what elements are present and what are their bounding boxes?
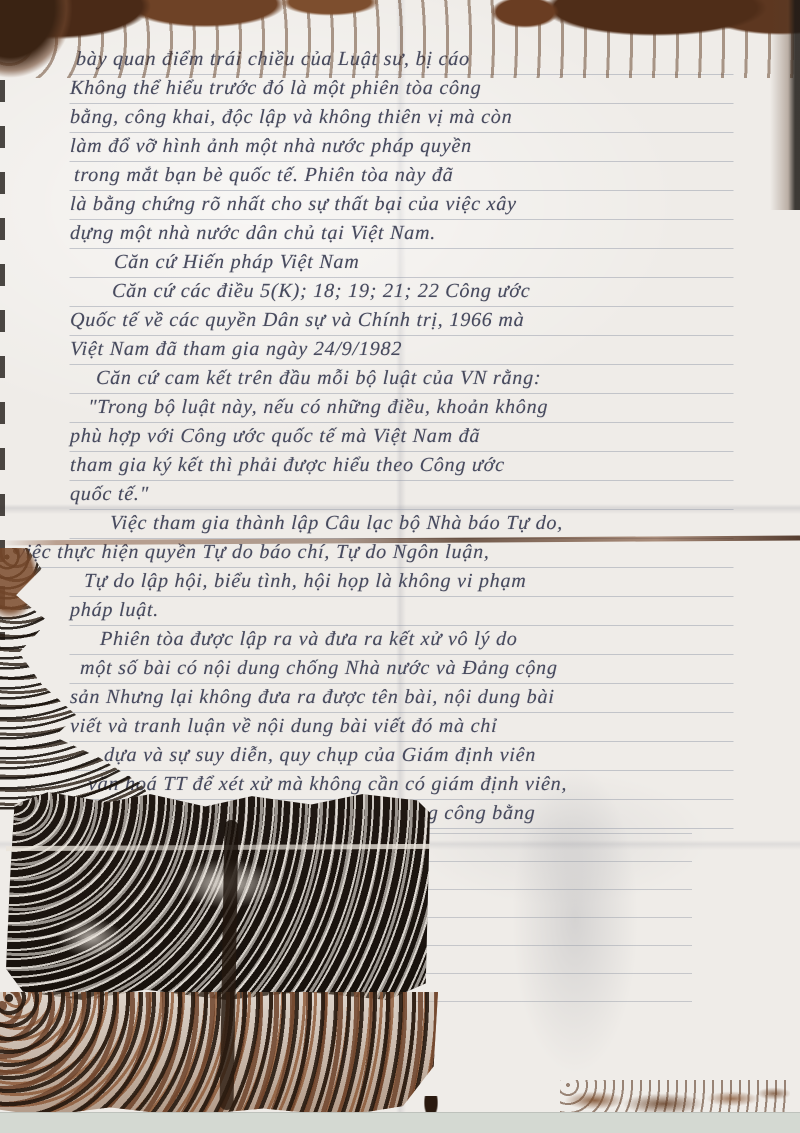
handwritten-line: Căn cứ các điều 5(K); 18; 19; 21; 22 Côn… (69, 278, 734, 307)
blank-ruled-lines (412, 806, 692, 1006)
large-dark-stain (6, 792, 430, 1000)
top-left-corner-stain (0, 0, 86, 96)
handwritten-line: bằng, công khai, độc lập và không thiên … (69, 104, 734, 133)
handwritten-line: trong mắt bạn bè quốc tế. Phiên tòa này … (69, 162, 734, 191)
handwritten-line: Tự do lập hội, biểu tình, hội họp là khô… (69, 568, 734, 597)
handwritten-line: Phiên tòa được lập ra và đưa ra kết xử v… (69, 626, 734, 655)
handwritten-line: văn hoá TT để xét xử mà không cần có giá… (69, 771, 734, 800)
handwritten-line: Việt Nam đã tham gia ngày 24/9/1982 (69, 336, 734, 365)
handwritten-line: Không thể hiểu trước đó là một phiên tòa… (69, 75, 734, 104)
top-right-edge-stain (740, 0, 800, 210)
handwritten-line: quốc tế." (69, 481, 734, 510)
handwritten-text-block: bày quan điểm trái chiều của Luật sư, bị… (70, 46, 734, 829)
handwritten-line: phù hợp với Công ước quốc tế mà Việt Nam… (69, 423, 734, 452)
handwritten-line: Căn cứ Hiến pháp Việt Nam (69, 249, 734, 278)
handwritten-line: dựa và sự suy diễn, quy chụp của Giám đị… (69, 742, 734, 771)
handwritten-line: Việc tham gia thành lập Câu lạc bộ Nhà b… (69, 510, 734, 539)
top-stain-band (0, 0, 800, 78)
handwritten-line: viết và tranh luận về nội dung bài viết … (69, 713, 734, 742)
handwritten-line: là bằng chứng rõ nhất cho sự thất bại củ… (69, 191, 734, 220)
handwritten-line: pháp luật. (69, 597, 734, 626)
handwritten-line: sản Nhưng lại không đưa ra được tên bài,… (69, 684, 734, 713)
handwritten-line: dựng một nhà nước dân chủ tại Việt Nam. (69, 220, 734, 249)
handwritten-line: Căn cứ cam kết trên đầu mỗi bộ luật của … (69, 365, 734, 394)
handwritten-line: làm đổ vỡ hình ảnh một nhà nước pháp quy… (69, 133, 734, 162)
handwritten-line: "Trong bộ luật này, nếu có những điều, k… (69, 394, 734, 423)
photo-bottom-edge (0, 1112, 800, 1133)
bottom-right-stain (560, 1080, 790, 1114)
handwritten-line: tham gia ký kết thì phải được hiểu theo … (69, 452, 734, 481)
handwritten-line: một số bài có nội dung chống Nhà nước và… (69, 655, 734, 684)
handwritten-line: Quốc tế về các quyền Dân sự và Chính trị… (69, 307, 734, 336)
letter-photo: bày quan điểm trái chiều của Luật sư, bị… (0, 0, 800, 1133)
